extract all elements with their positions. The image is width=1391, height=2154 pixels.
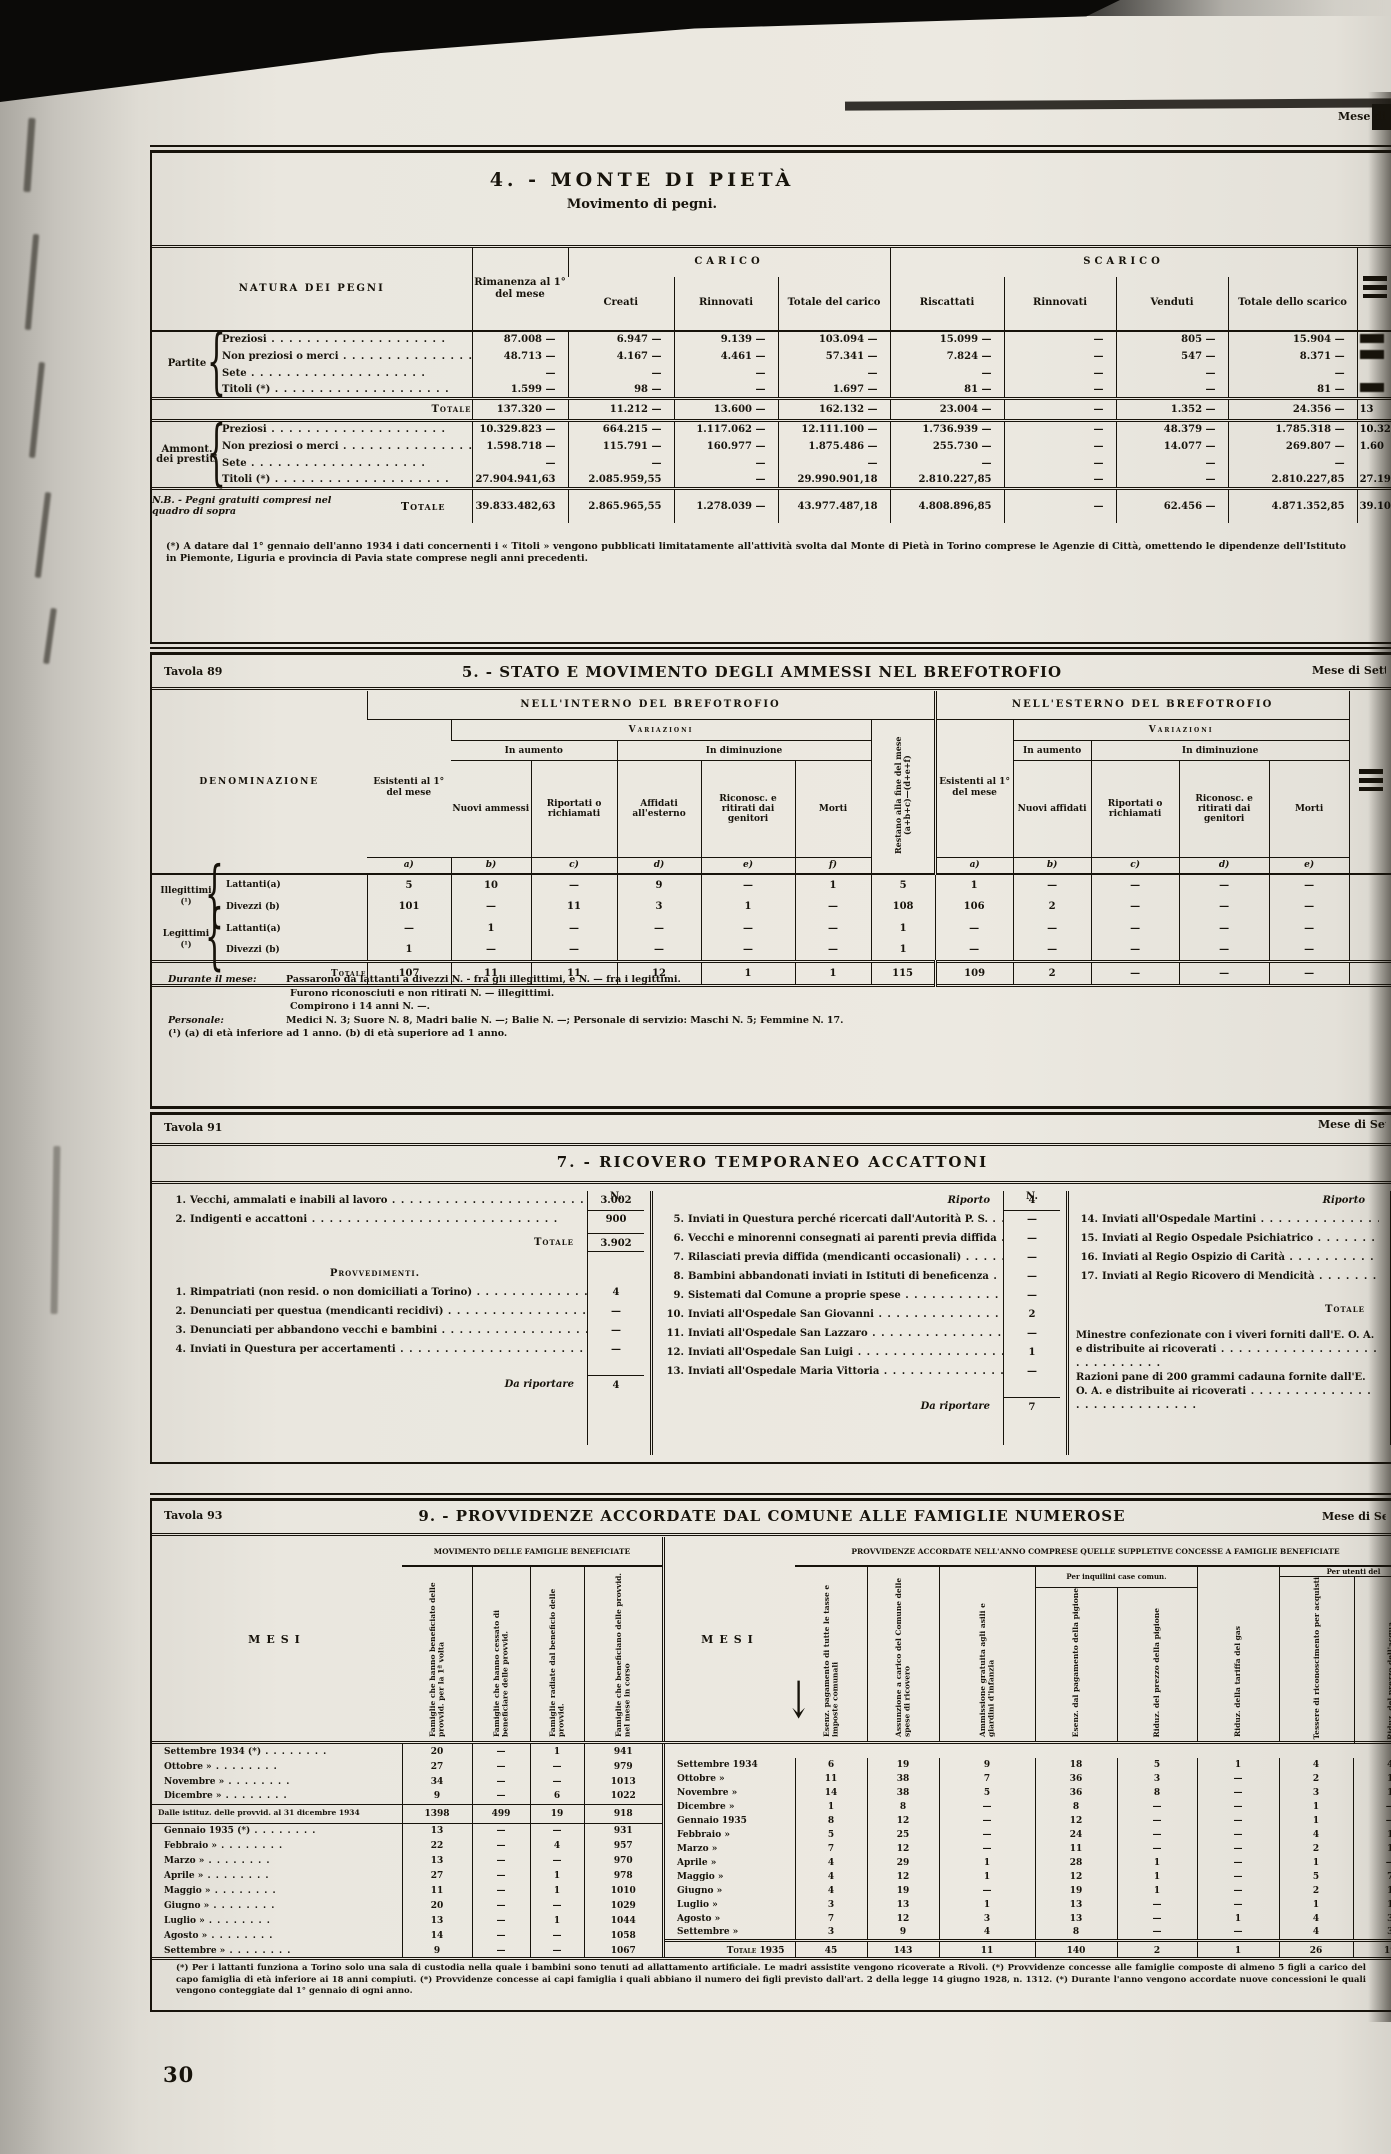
- cell: 1: [1117, 1884, 1197, 1898]
- note-text: Passarono da lattanti a divezzi N. - fra…: [286, 974, 681, 985]
- cell: 19: [867, 1758, 939, 1772]
- cell: 18: [1035, 1758, 1117, 1772]
- cell: 13: [402, 1823, 472, 1838]
- item-value: [1379, 1300, 1391, 1319]
- cell: 957: [584, 1838, 662, 1853]
- binding-mark: [35, 492, 51, 578]
- cell: 3: [1353, 1912, 1391, 1926]
- table-row: Novembre » 34——1013: [152, 1774, 662, 1789]
- note-text: Medici N. 3; Suore N. 8, Madri balie N. …: [286, 1015, 843, 1026]
- cell: 19: [530, 1804, 584, 1823]
- col-header: Famiglie che beneficiano delle provvid. …: [584, 1567, 662, 1741]
- cell: 5: [871, 874, 935, 896]
- nb-note: N.B. - Pegni gratuiti compresi nel quadr…: [152, 495, 362, 517]
- item-number: 2.: [162, 1210, 186, 1229]
- cell: 162.132 —: [778, 399, 890, 421]
- row-label: Lattanti(a): [220, 918, 367, 940]
- cell: 29: [867, 1856, 939, 1870]
- group-label: Legittimi(¹){: [152, 918, 220, 962]
- cell: 108: [871, 896, 935, 918]
- cell: 137.320 —: [472, 399, 568, 421]
- col-header: Ammissione gratuita agli asili e giardin…: [939, 1567, 1035, 1741]
- cell: —: [472, 455, 568, 472]
- col-esistenti-esterno: Esistenti al 1° del mese: [935, 719, 1013, 857]
- item-number: 4.: [162, 1340, 186, 1359]
- cell: 12: [867, 1870, 939, 1884]
- cell: 27: [402, 1759, 472, 1774]
- table-row: Luglio » 13—11044: [152, 1913, 662, 1928]
- cell: 13: [402, 1913, 472, 1928]
- row-label: Divezzi (b): [220, 940, 367, 962]
- cell: 28: [1035, 1856, 1117, 1870]
- cell: 5: [1117, 1758, 1197, 1772]
- section-famiglie-numerose: Tavola 93 9. - PROVVIDENZE ACCORDATE DAL…: [150, 1498, 1391, 2012]
- item-value: —: [1004, 1324, 1060, 1343]
- col-rinnovati: Rinnovati: [674, 277, 778, 331]
- list-item: Da riportare 4: [162, 1375, 644, 1394]
- cell: 10: [451, 874, 531, 896]
- cell: 547 —: [1116, 348, 1228, 365]
- row-label: Non preziosi o merci: [222, 438, 472, 455]
- cell: —: [1197, 1870, 1279, 1884]
- binding-mark: [25, 234, 39, 330]
- cell: —: [1004, 472, 1116, 489]
- cell: 13: [1035, 1912, 1117, 1926]
- list-item: 9. Sistemati dal Comune a proprie spese …: [660, 1286, 1060, 1305]
- cell: —: [1228, 455, 1357, 472]
- cell: 1: [1279, 1814, 1353, 1828]
- col-cut: [1349, 691, 1391, 874]
- cell: 13: [1357, 399, 1391, 421]
- cell: 1013: [584, 1774, 662, 1789]
- cell: 1: [939, 1898, 1035, 1912]
- cell: —: [1116, 472, 1228, 489]
- cell: —: [1353, 1814, 1391, 1828]
- item-label: Razioni pane di 200 grammi cadauna forni…: [1074, 1371, 1379, 1413]
- cell: 6: [530, 1789, 584, 1804]
- note-line: Compirono i 14 anni N. —.: [290, 1000, 1348, 1014]
- cell: 15.904 —: [1228, 331, 1357, 348]
- cell: 8: [795, 1814, 867, 1828]
- cell: —: [1269, 918, 1349, 940]
- movimento-title: MOVIMENTO DELLE FAMIGLIE BENEFICIATE: [402, 1537, 662, 1567]
- cell: [1357, 455, 1391, 472]
- col-denominazione: DENOMINAZIONE: [152, 691, 367, 874]
- cell: 8: [1117, 1786, 1197, 1800]
- partite-rows: Partite{ Preziosi 87.008 —6.947 —9.139 —…: [152, 331, 1391, 399]
- item-label: Inviati all'Ospedale San Luigi: [688, 1343, 1004, 1362]
- cell: —: [1269, 874, 1349, 896]
- cell: 29.990.901,18: [778, 472, 890, 489]
- cell: 12.111.100 —: [778, 421, 890, 438]
- brace-glyph: {: [205, 927, 224, 951]
- col-header: Riduz. del prezzo della pigione: [1117, 1588, 1197, 1741]
- page-subtitle: Movimento di pegni.: [152, 197, 1132, 212]
- cell: 3: [617, 896, 701, 918]
- cell: —: [939, 1828, 1035, 1842]
- col-header: Riduz. della tariffa del gas: [1197, 1567, 1279, 1741]
- month-label: Mese di Settembre: [1338, 110, 1386, 123]
- row-label: Non preziosi o merci: [222, 348, 472, 365]
- col-nuovi-affidati: Nuovi affidati: [1013, 761, 1091, 857]
- row-label: Novembre »: [665, 1786, 795, 1800]
- cell: —: [1179, 896, 1269, 918]
- notes-block: Durante il mese:Passarono da lattanti a …: [168, 973, 1348, 1041]
- item-label: Sistemati dal Comune a proprie spese: [688, 1286, 1004, 1305]
- cell: 11.212 —: [568, 399, 674, 421]
- cell: —: [1179, 918, 1269, 940]
- col-label: Famiglie che hanno cessato di beneficiar…: [493, 1572, 510, 1737]
- item-number: 16.: [1074, 1248, 1098, 1267]
- col-header: Riduz. del prezzo dell'acqua: [1354, 1577, 1391, 1744]
- cell: 38: [867, 1772, 939, 1786]
- group-esterno: NELL'ESTERNO DEL BREFOTROFIO: [935, 691, 1349, 719]
- cell: 27.19: [1357, 472, 1391, 489]
- cell: —: [530, 1774, 584, 1789]
- cell: —: [1228, 365, 1357, 382]
- cell: 2: [1117, 1940, 1197, 1957]
- cell: 9: [617, 874, 701, 896]
- right-rows: Settembre 1934 6199185144 Ottobre » 1138…: [665, 1758, 1391, 1940]
- item-value: —: [588, 1302, 644, 1321]
- col-header: Famiglie che hanno beneficiato delle pro…: [402, 1567, 472, 1741]
- letter: a): [935, 857, 1013, 873]
- cell: 43.977.487,18: [778, 489, 890, 523]
- item-value: 2: [1004, 1305, 1060, 1324]
- item-label: Vecchi, ammalati e inabili al lavoro: [190, 1191, 588, 1210]
- totale-band: Totale 137.320 — 11.212 — 13.600 — 162.1…: [152, 399, 1391, 421]
- cell: —: [451, 940, 531, 962]
- item-number: 14.: [1074, 1210, 1098, 1229]
- footnote: (*) A datare dal 1° gennaio dell'anno 19…: [166, 541, 1366, 565]
- section-monte-di-pieta: 4. - MONTE DI PIETÀ Movimento di pegni. …: [150, 150, 1391, 644]
- col-header: Esenz. dal pagamento della pigione: [1036, 1588, 1117, 1741]
- cell: —: [1091, 874, 1179, 896]
- row-label: Dicembre »: [665, 1800, 795, 1814]
- item-label: Provvedimenti.: [162, 1264, 588, 1283]
- cell: 1067: [584, 1943, 662, 1958]
- cell: 970: [584, 1853, 662, 1868]
- cell: 12: [1035, 1870, 1117, 1884]
- row-label: Titoli (*): [222, 472, 472, 489]
- list-item: 16. Inviati al Regio Ospizio di Carità: [1074, 1248, 1391, 1267]
- cell: —: [1117, 1814, 1197, 1828]
- cell: —: [1013, 940, 1091, 962]
- cell: —: [530, 1928, 584, 1943]
- cell: 2.865.965,55: [568, 489, 674, 523]
- item-number: 10.: [660, 1305, 684, 1324]
- cell: —: [1004, 399, 1116, 421]
- footnote: (*) Per i lattanti funziona a Torino sol…: [176, 1963, 1366, 1998]
- item-label: Riporto: [1074, 1191, 1379, 1210]
- group-label: Ammont. dei prestiti{: [152, 421, 222, 489]
- item-value: [1379, 1248, 1391, 1267]
- cell: 3: [1279, 1786, 1353, 1800]
- brace-glyph: {: [207, 352, 226, 376]
- cell: 36: [1035, 1772, 1117, 1786]
- letter: d): [617, 857, 701, 873]
- page-title: 9. - PROVVIDENZE ACCORDATE DAL COMUNE AL…: [272, 1507, 1272, 1525]
- divider: [1066, 1191, 1069, 1455]
- letter: d): [1179, 857, 1269, 873]
- item-label: Inviati all'Ospedale San Giovanni: [688, 1305, 1004, 1324]
- col-header: Famiglie radiate dal beneficio delle pro…: [530, 1567, 584, 1741]
- arrow-mark: ↓: [786, 1672, 811, 1732]
- cell: —: [935, 918, 1013, 940]
- item-label: Inviati al Regio Ricovero di Mendicità: [1102, 1267, 1379, 1286]
- cell: —: [472, 1913, 530, 1928]
- cell: [1357, 331, 1391, 348]
- cell: —: [1013, 874, 1091, 896]
- cell: 13: [867, 1898, 939, 1912]
- col-label: Famiglie che beneficiano delle provvid. …: [615, 1572, 632, 1737]
- item-value: —: [588, 1321, 644, 1340]
- item-value: —: [1004, 1362, 1060, 1381]
- cell: —: [1004, 348, 1116, 365]
- cell: 269.807 —: [1228, 438, 1357, 455]
- item-label: Inviati al Regio Ospedale Psichiatrico: [1102, 1229, 1379, 1248]
- group-variazioni-esterno: Variazioni: [1013, 719, 1349, 741]
- cell: 1: [1353, 1898, 1391, 1912]
- table-row: Settembre » 9——1067: [152, 1943, 662, 1958]
- table-row: Luglio » 313113——11: [665, 1898, 1391, 1912]
- col-rinnovati-scarico: Rinnovati: [1004, 277, 1116, 331]
- row-label: Febbraio »: [152, 1838, 402, 1853]
- cell: 2.810.227,85: [890, 472, 1004, 489]
- item-number: 12.: [660, 1343, 684, 1362]
- list-item: 15. Inviati al Regio Ospedale Psichiatri…: [1074, 1229, 1391, 1248]
- item-value: [1379, 1329, 1391, 1371]
- cell: —: [472, 1823, 530, 1838]
- note-line: Durante il mese:Passarono da lattanti a …: [168, 973, 1348, 987]
- cell: —: [530, 1853, 584, 1868]
- item-label: Da riportare: [162, 1375, 588, 1394]
- cell: 13.600 —: [674, 399, 778, 421]
- cell: —: [939, 1884, 1035, 1898]
- col-header: Assunzione a carico del Comune delle spe…: [867, 1567, 939, 1741]
- famiglie-table-left: Settembre 1934 (*) 20—1941 Ottobre » 27—…: [152, 1744, 662, 1958]
- item-value: 7: [1004, 1397, 1060, 1416]
- cell: 3: [1353, 1926, 1391, 1940]
- note-line: Personale:Medici N. 3; Suore N. 8, Madri…: [168, 1014, 1348, 1028]
- cell: 12: [867, 1912, 939, 1926]
- rotated-headers: Famiglie che hanno beneficiato delle pro…: [402, 1567, 662, 1741]
- table-row: N.B. - Pegni gratuiti compresi nel quadr…: [152, 489, 1391, 523]
- col-label: Assunzione a carico del Comune delle spe…: [895, 1572, 912, 1737]
- group-label: Per utenti del: [1280, 1567, 1391, 1577]
- cell: 81 —: [1228, 382, 1357, 399]
- item-value: 4: [588, 1283, 644, 1302]
- divider: [152, 1533, 1391, 1536]
- cell: —: [1353, 1800, 1391, 1814]
- cell: 499: [472, 1804, 530, 1823]
- cell: 9: [867, 1926, 939, 1940]
- provvidenze-title: PROVVIDENZE ACCORDATE NELL'ANNO COMPRESE…: [795, 1537, 1391, 1567]
- item-value: [588, 1264, 644, 1283]
- item-label: Riporto: [660, 1191, 1004, 1210]
- cell: 1.117.062 —: [674, 421, 778, 438]
- cell: 4.808.896,85: [890, 489, 1004, 523]
- cell: —: [530, 1898, 584, 1913]
- nb-band: N.B. - Pegni gratuiti compresi nel quadr…: [152, 489, 1391, 523]
- cell: [1349, 940, 1391, 962]
- cell: [1349, 896, 1391, 918]
- cell: 101: [367, 896, 451, 918]
- cell: 11: [795, 1772, 867, 1786]
- col-natura: NATURA DEI PEGNI: [152, 247, 472, 331]
- group-name: Legittimi: [163, 929, 209, 939]
- cell: 1: [1197, 1912, 1279, 1926]
- cell: 160.977 —: [674, 438, 778, 455]
- item-number: 8.: [660, 1267, 684, 1286]
- item-label: Bambini abbandonati inviati in Istituti …: [688, 1267, 1004, 1286]
- cell: 27.904.941,63: [472, 472, 568, 489]
- item-label: Vecchi e minorenni consegnati ai parenti…: [688, 1229, 1004, 1248]
- cell: 19: [867, 1884, 939, 1898]
- ammontare-rows: Ammont. dei prestiti{ Preziosi 10.329.82…: [152, 421, 1391, 489]
- cell: 1.736.939 —: [890, 421, 1004, 438]
- row-label: Settembre 1934 (*): [152, 1744, 402, 1759]
- cell: —: [674, 365, 778, 382]
- cell: 7: [939, 1772, 1035, 1786]
- cell: 4: [1353, 1758, 1391, 1772]
- row-label: N.B. - Pegni gratuiti compresi nel quadr…: [152, 489, 472, 523]
- col-rimanenza-fine-cut: [1357, 247, 1391, 331]
- cell: —: [1269, 940, 1349, 962]
- cell: 4: [530, 1838, 584, 1853]
- item-number: 1.: [162, 1191, 186, 1210]
- list-item: 12. Inviati all'Ospedale San Luigi 1: [660, 1343, 1060, 1362]
- cell: 8: [867, 1800, 939, 1814]
- cell: 4: [939, 1926, 1035, 1940]
- table-row: Settembre 1934 6199185144: [665, 1758, 1391, 1772]
- item-number: 11.: [660, 1324, 684, 1343]
- item-label: Inviati in Questura perché ricercati dal…: [688, 1210, 1004, 1229]
- cell: 5: [367, 874, 451, 896]
- list-item: 13. Inviati all'Ospedale Maria Vittoria …: [660, 1362, 1060, 1381]
- col-label: Famiglie radiate dal beneficio delle pro…: [549, 1572, 566, 1737]
- cell: 39.10: [1357, 489, 1391, 523]
- cell: —: [531, 874, 617, 896]
- cell: 4: [1279, 1828, 1353, 1842]
- cell: 805 —: [1116, 331, 1228, 348]
- cell: 62.456 —: [1116, 489, 1228, 523]
- item-label: Inviati all'Ospedale San Lazzaro: [688, 1324, 1004, 1343]
- cell: 918: [584, 1804, 662, 1823]
- item-label: Indigenti e accattoni: [190, 1210, 588, 1229]
- table-row: Legittimi(¹){ Lattanti(a) —1————1—————: [152, 918, 1391, 940]
- cell: —: [472, 1774, 530, 1789]
- cell: 9: [939, 1758, 1035, 1772]
- cell: [1357, 365, 1391, 382]
- page-title: 4. - MONTE DI PIETÀ: [152, 169, 1132, 191]
- cell: 8: [1035, 1800, 1117, 1814]
- divider: [152, 1181, 1391, 1184]
- section-accattoni: Tavola 91 7. - RICOVERO TEMPORANEO ACCAT…: [150, 1112, 1391, 1464]
- cell: —: [1197, 1856, 1279, 1870]
- cell: —: [472, 1883, 530, 1898]
- cell: 5: [795, 1828, 867, 1842]
- cell: —: [939, 1814, 1035, 1828]
- list-item: Totale: [1074, 1300, 1391, 1319]
- cell: 2: [1279, 1884, 1353, 1898]
- row-label: Sete: [222, 455, 472, 472]
- cell: 19: [1035, 1884, 1117, 1898]
- cell: 1: [1279, 1856, 1353, 1870]
- cell: —: [795, 896, 871, 918]
- col-riconosc-esterno: Riconosc. e ritirati dai genitori: [1179, 761, 1269, 857]
- col-label: Esenz. dal pagamento della pigione: [1072, 1588, 1081, 1737]
- cell: —: [617, 918, 701, 940]
- list-item: Razioni pane di 200 grammi cadauna forni…: [1074, 1371, 1391, 1413]
- cell: —: [531, 918, 617, 940]
- item-label: Inviati in Questura per accertamenti: [190, 1340, 588, 1359]
- note-line: Furono riconosciuti e non ritirati N. — …: [290, 987, 1348, 1001]
- cell: —: [890, 365, 1004, 382]
- table-row: Agosto » 712313—143: [665, 1912, 1391, 1926]
- item-value: 900: [588, 1210, 644, 1229]
- row-label: Luglio »: [665, 1898, 795, 1912]
- row-label: Settembre 1934: [665, 1758, 795, 1772]
- cell: 2.085.959,55: [568, 472, 674, 489]
- cell: [1349, 874, 1391, 896]
- cell: 22: [402, 1838, 472, 1853]
- cell: 140: [1035, 1940, 1117, 1957]
- cell: —: [1117, 1842, 1197, 1856]
- cell: 15.099 —: [890, 331, 1004, 348]
- cell: 24: [1035, 1828, 1117, 1842]
- cell: 979: [584, 1759, 662, 1774]
- col-header: Tessere di riconoscimento per acquisti: [1280, 1577, 1354, 1744]
- cell: 39.833.482,63: [472, 489, 568, 523]
- list-item: Riporto 4: [660, 1191, 1060, 1210]
- row-label: Titoli (*): [222, 382, 472, 399]
- cell: 1.785.318 —: [1228, 421, 1357, 438]
- cell: —: [1116, 455, 1228, 472]
- col-riportati: Riportati o richiamati: [531, 761, 617, 857]
- tavola-label: Tavola 89: [164, 665, 222, 678]
- cell: 1022: [584, 1789, 662, 1804]
- cell: [1349, 962, 1391, 986]
- left-rows: Settembre 1934 (*) 20—1941 Ottobre » 27—…: [152, 1744, 662, 1958]
- cell: —: [530, 1823, 584, 1838]
- cell: —: [1197, 1898, 1279, 1912]
- cell: 11: [939, 1940, 1035, 1957]
- cell: —: [472, 1898, 530, 1913]
- cell: 941: [584, 1744, 662, 1759]
- cell: 87.008 —: [472, 331, 568, 348]
- row-label: Maggio »: [152, 1883, 402, 1898]
- table-row: Sete ————————: [152, 365, 1391, 382]
- item-number: 17.: [1074, 1267, 1098, 1286]
- table-row: Gennaio 1935 812—12——1—: [665, 1814, 1391, 1828]
- cell: 1: [1117, 1856, 1197, 1870]
- row-label: Dalle istituz. delle provvid. al 31 dice…: [152, 1804, 402, 1823]
- cell: —: [1117, 1800, 1197, 1814]
- cell: 1: [939, 1870, 1035, 1884]
- group-interno: NELL'INTERNO DEL BREFOTROFIO: [367, 691, 935, 719]
- group-aumento-esterno: In aumento: [1013, 741, 1091, 761]
- monte-di-pieta-table: NATURA DEI PEGNI Rimanenza al 1° del mes…: [152, 245, 1391, 523]
- item-value: [1379, 1267, 1391, 1286]
- row-label: Preziosi: [222, 331, 472, 348]
- cell: 1: [871, 918, 935, 940]
- cell: —: [1013, 918, 1091, 940]
- item-label: Rimpatriati (non resid. o non domiciliat…: [190, 1283, 588, 1302]
- cell: 8: [1035, 1926, 1117, 1940]
- cell: 14: [795, 1786, 867, 1800]
- cell: —: [1197, 1842, 1279, 1856]
